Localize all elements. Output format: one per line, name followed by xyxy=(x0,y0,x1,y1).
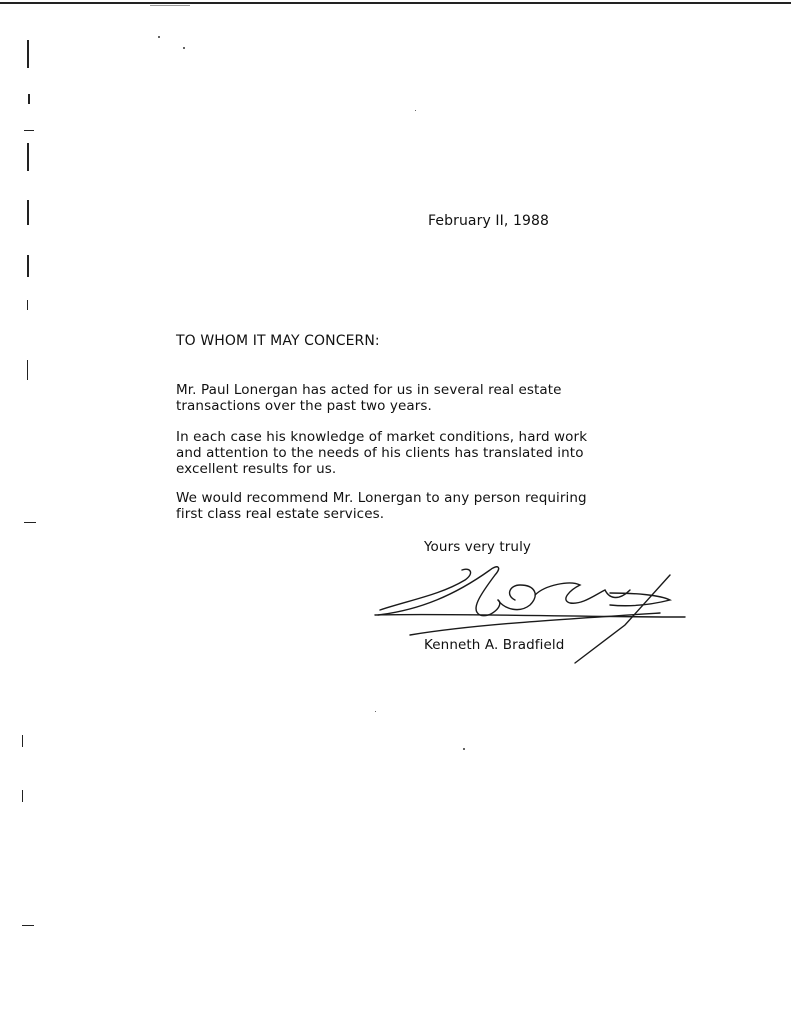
scan-speck xyxy=(463,748,465,750)
paragraph-line: transactions over the past two years. xyxy=(176,398,562,414)
paragraph-line: Mr. Paul Lonergan has acted for us in se… xyxy=(176,382,562,398)
paragraph-3: We would recommend Mr. Lonergan to any p… xyxy=(176,490,587,522)
margin-mark xyxy=(22,735,23,747)
paragraph-line: excellent results for us. xyxy=(176,461,587,477)
salutation: TO WHOM IT MAY CONCERN: xyxy=(176,333,380,349)
scan-speck xyxy=(415,110,416,111)
margin-mark xyxy=(27,143,29,171)
margin-mark xyxy=(27,40,29,68)
scan-top-edge-fragment xyxy=(150,5,190,6)
paragraph-2: In each case his knowledge of market con… xyxy=(176,429,587,477)
paragraph-line: In each case his knowledge of market con… xyxy=(176,429,587,445)
scan-speck xyxy=(375,711,376,712)
letter-date: February II, 1988 xyxy=(428,213,549,229)
margin-mark xyxy=(27,300,28,310)
margin-mark xyxy=(22,790,23,802)
margin-mark xyxy=(24,130,34,131)
paragraph-line: first class real estate services. xyxy=(176,506,587,522)
paragraph-line: and attention to the needs of his client… xyxy=(176,445,587,461)
signer-name: Kenneth A. Bradfield xyxy=(424,637,564,653)
scan-speck xyxy=(183,47,185,49)
margin-mark xyxy=(27,200,29,225)
margin-mark xyxy=(22,925,34,926)
paragraph-line: We would recommend Mr. Lonergan to any p… xyxy=(176,490,587,506)
margin-mark xyxy=(27,255,29,277)
margin-mark xyxy=(28,94,30,104)
scan-top-edge xyxy=(0,2,791,4)
margin-mark xyxy=(24,522,36,523)
paragraph-1: Mr. Paul Lonergan has acted for us in se… xyxy=(176,382,562,414)
margin-mark xyxy=(27,360,28,380)
scan-speck xyxy=(158,36,160,38)
closing: Yours very truly xyxy=(424,539,531,555)
